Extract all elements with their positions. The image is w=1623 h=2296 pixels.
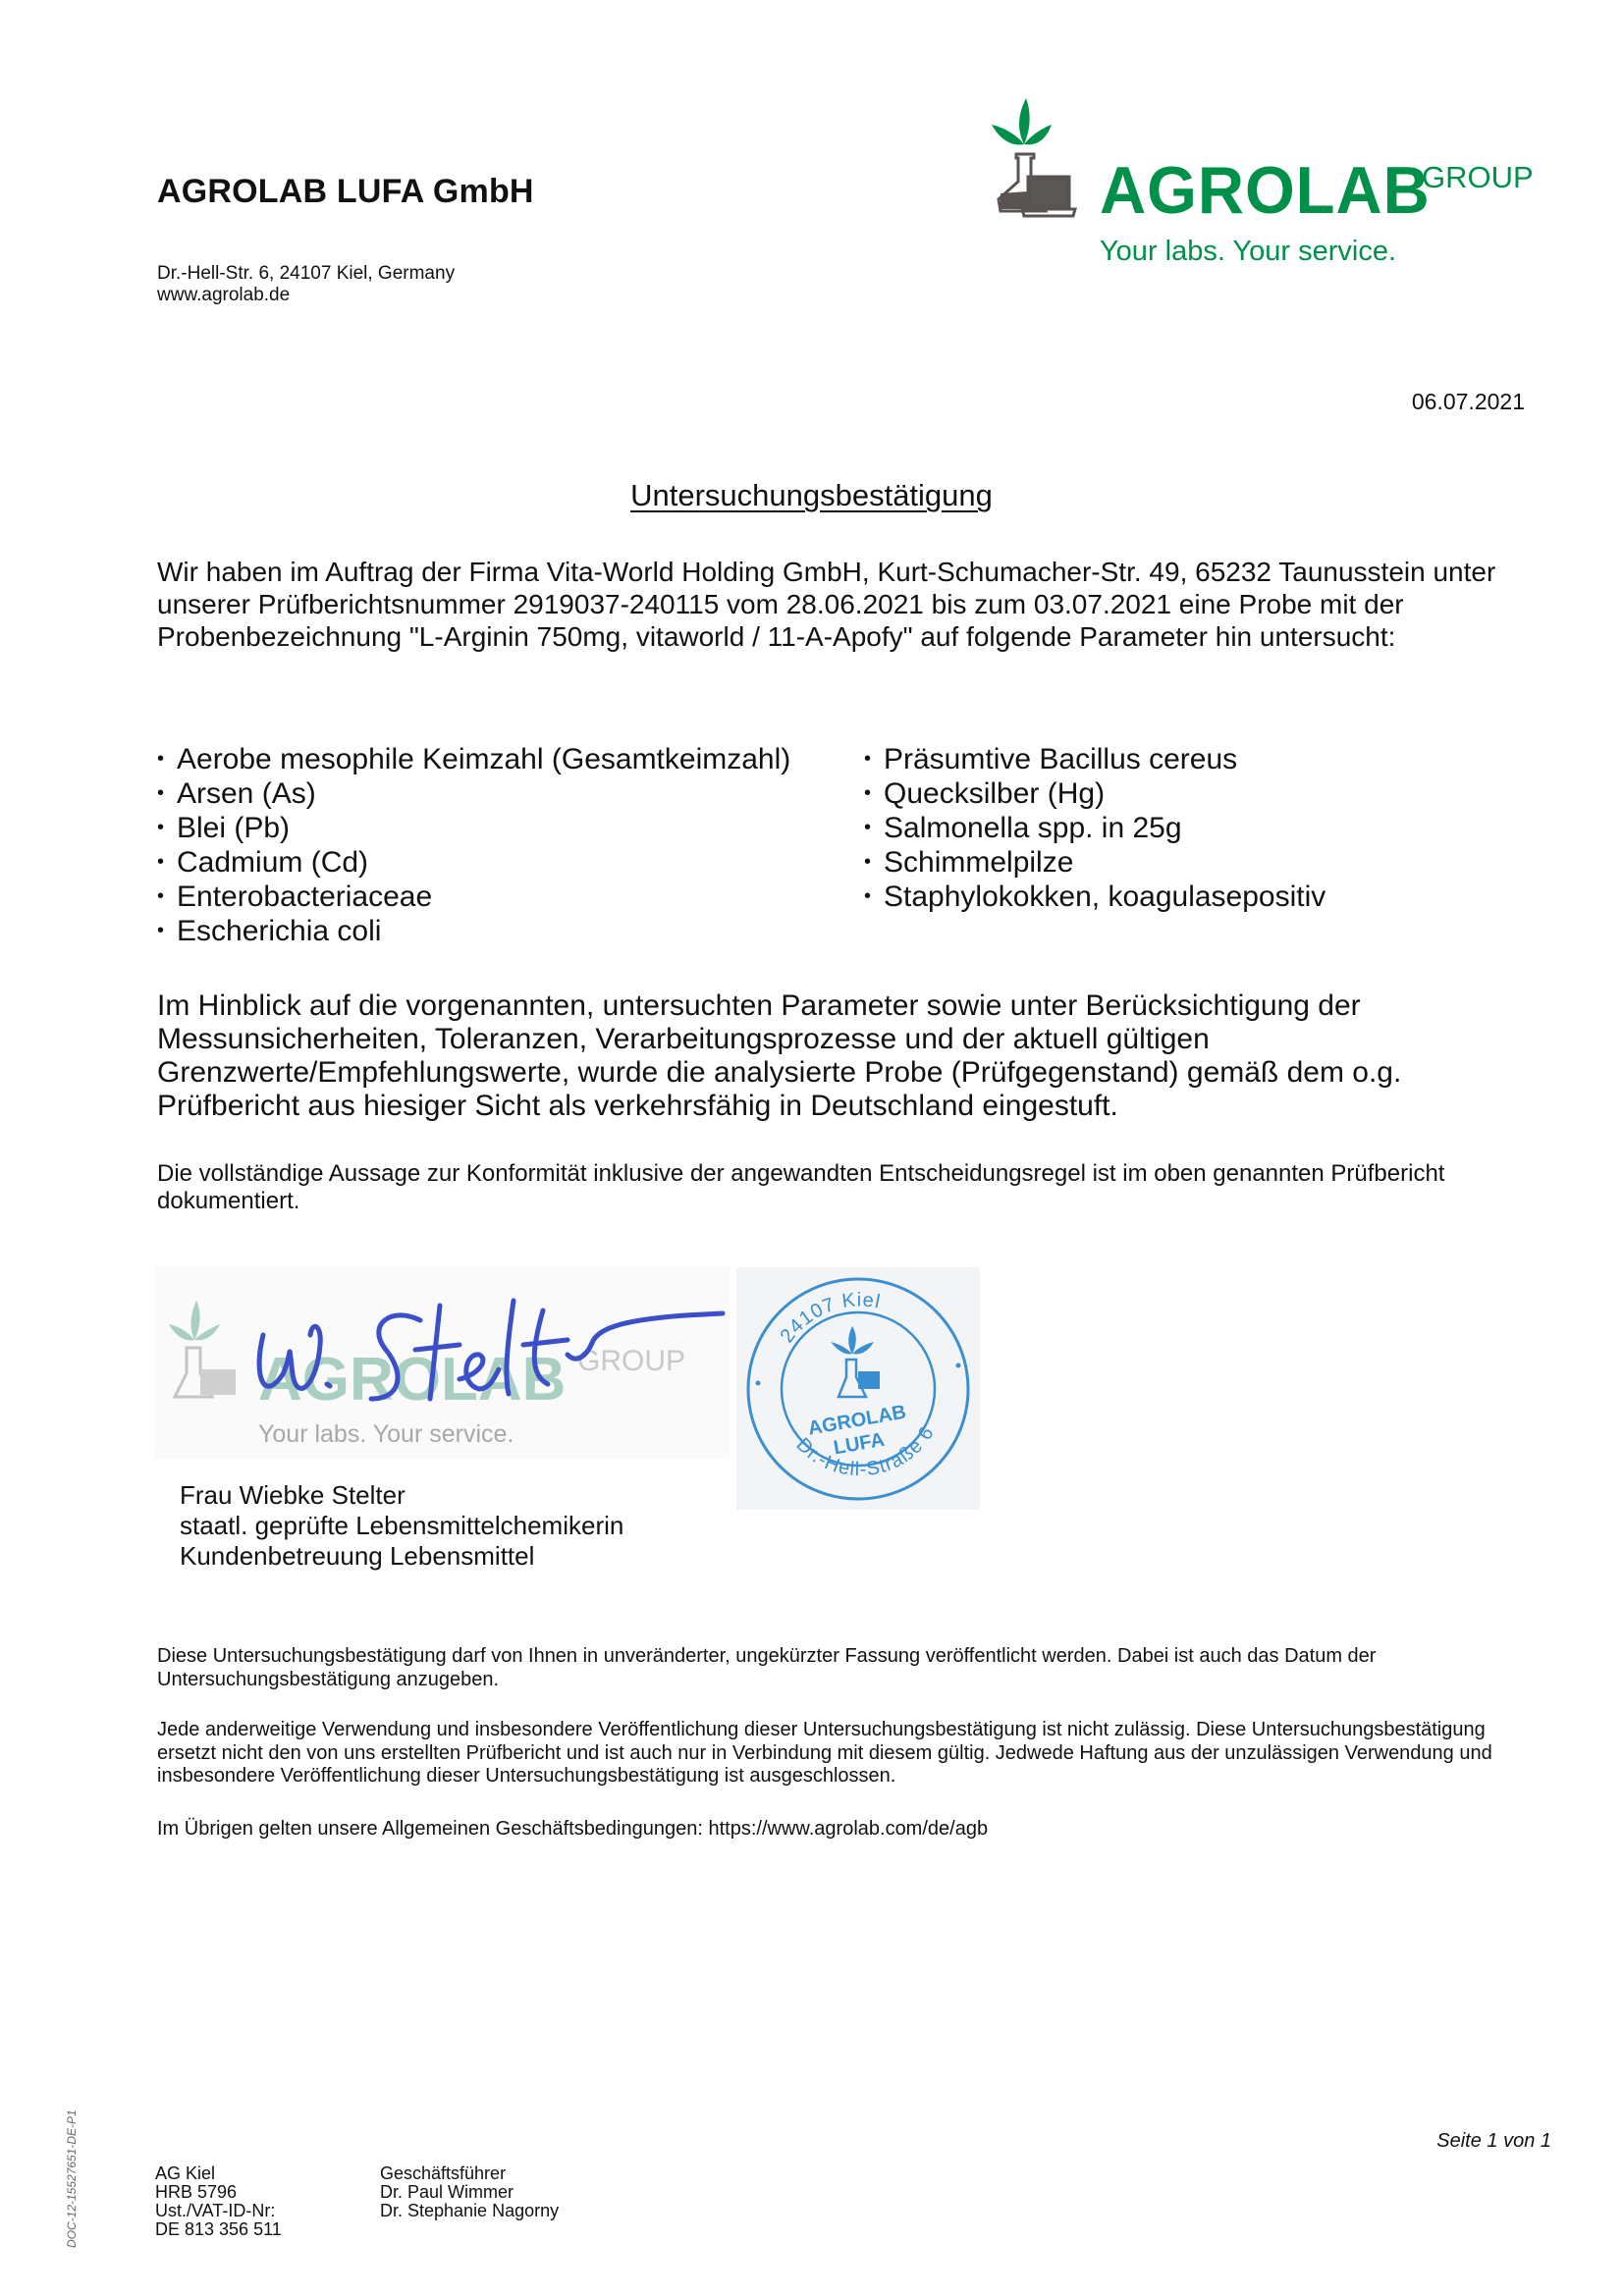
page-number: Seite 1 von 1 [1436, 2130, 1551, 2153]
address-line: Dr.-Hell-Str. 6, 24107 Kiel, Germany [157, 263, 455, 285]
document-title-text: Untersuchungsbestätigung [630, 478, 993, 512]
company-address: Dr.-Hell-Str. 6, 24107 Kiel, Germany www… [157, 263, 455, 306]
bullet-icon: • [157, 880, 177, 913]
website-link[interactable]: www.agrolab.de [157, 285, 455, 306]
logo-tagline: Your labs. Your service. [1100, 238, 1396, 266]
bullet-icon: • [157, 914, 177, 947]
footer-management: Geschäftsführer Dr. Paul Wimmer Dr. Step… [380, 2164, 559, 2220]
document-title: Untersuchungsbestätigung [0, 478, 1623, 513]
lab-flask-laptop-icon [987, 83, 1100, 221]
footer-vat-label: Ust./VAT-ID-Nr: [155, 2202, 282, 2220]
document-date: 06.07.2021 [1412, 389, 1525, 415]
bullet-icon: • [864, 845, 884, 879]
footer-managing-label: Geschäftsführer [380, 2164, 559, 2183]
bullet-icon: • [157, 811, 177, 844]
footer-register: HRB 5796 [155, 2183, 282, 2202]
round-stamp-icon: 24107 Kiel Dr.-Hell-Straße 6 AGROLAB LUF… [736, 1267, 980, 1510]
list-item: •Schimmelpilze [864, 845, 1325, 880]
bullet-icon: • [864, 742, 884, 775]
list-item: •Präsumtive Bacillus cereus [864, 742, 1325, 776]
handwritten-signature-icon [155, 1266, 730, 1458]
logo-group-label: GROUP [1422, 162, 1534, 192]
list-item: •Quecksilber (Hg) [864, 776, 1325, 811]
signer-block: Frau Wiebke Stelter staatl. geprüfte Leb… [180, 1480, 623, 1572]
list-item: •Salmonella spp. in 25g [864, 811, 1325, 845]
restriction-notice: Jede anderweitige Verwendung und insbeso… [157, 1719, 1532, 1789]
footer-court: AG Kiel [155, 2164, 282, 2183]
footer-manager: Dr. Paul Wimmer [380, 2183, 559, 2202]
conformity-note: Die vollständige Aussage zur Konformität… [157, 1160, 1532, 1215]
list-item: •Arsen (As) [157, 776, 790, 811]
signer-department: Kundenbetreuung Lebensmittel [180, 1541, 623, 1572]
signer-title: staatl. geprüfte Lebensmittelchemikerin [180, 1511, 623, 1541]
bullet-icon: • [157, 742, 177, 775]
logo-wordmark: AGROLAB [1100, 157, 1431, 224]
list-item: •Escherichia coli [157, 914, 790, 948]
list-item: •Enterobacteriaceae [157, 880, 790, 914]
agrolab-group-logo: AGROLAB GROUP Your labs. Your service. [987, 83, 1576, 280]
intro-paragraph: Wir haben im Auftrag der Firma Vita-Worl… [157, 556, 1522, 653]
bullet-icon: • [157, 845, 177, 879]
bullet-icon: • [864, 776, 884, 810]
publication-notice: Diese Untersuchungsbestätigung darf von … [157, 1645, 1532, 1691]
terms-notice: Im Übrigen gelten unsere Allgemeinen Ges… [157, 1818, 1532, 1842]
document-code: DOC-12-15527651-DE-P1 [65, 2109, 79, 2248]
bullet-icon: • [864, 880, 884, 913]
conclusion-paragraph: Im Hinblick auf die vorgenannten, unters… [157, 989, 1532, 1123]
list-item: •Blei (Pb) [157, 811, 790, 845]
footer-vat-number: DE 813 356 511 [155, 2220, 282, 2239]
parameter-column-left: •Aerobe mesophile Keimzahl (Gesamtkeimza… [157, 742, 790, 948]
list-item: •Aerobe mesophile Keimzahl (Gesamtkeimza… [157, 742, 790, 776]
bullet-icon: • [864, 811, 884, 844]
parameter-column-right: •Präsumtive Bacillus cereus •Quecksilber… [864, 742, 1325, 914]
company-name: AGROLAB LUFA GmbH [157, 173, 534, 211]
footer-manager: Dr. Stephanie Nagorny [380, 2202, 559, 2220]
signature-image: AGROLAB GROUP Your labs. Your service. [155, 1266, 730, 1458]
list-item: •Staphylokokken, koagulasepositiv [864, 880, 1325, 914]
footer-registry: AG Kiel HRB 5796 Ust./VAT-ID-Nr: DE 813 … [155, 2164, 282, 2239]
bullet-icon: • [157, 776, 177, 810]
signer-name: Frau Wiebke Stelter [180, 1480, 623, 1511]
company-stamp: 24107 Kiel Dr.-Hell-Straße 6 AGROLAB LUF… [736, 1267, 980, 1510]
list-item: •Cadmium (Cd) [157, 845, 790, 880]
